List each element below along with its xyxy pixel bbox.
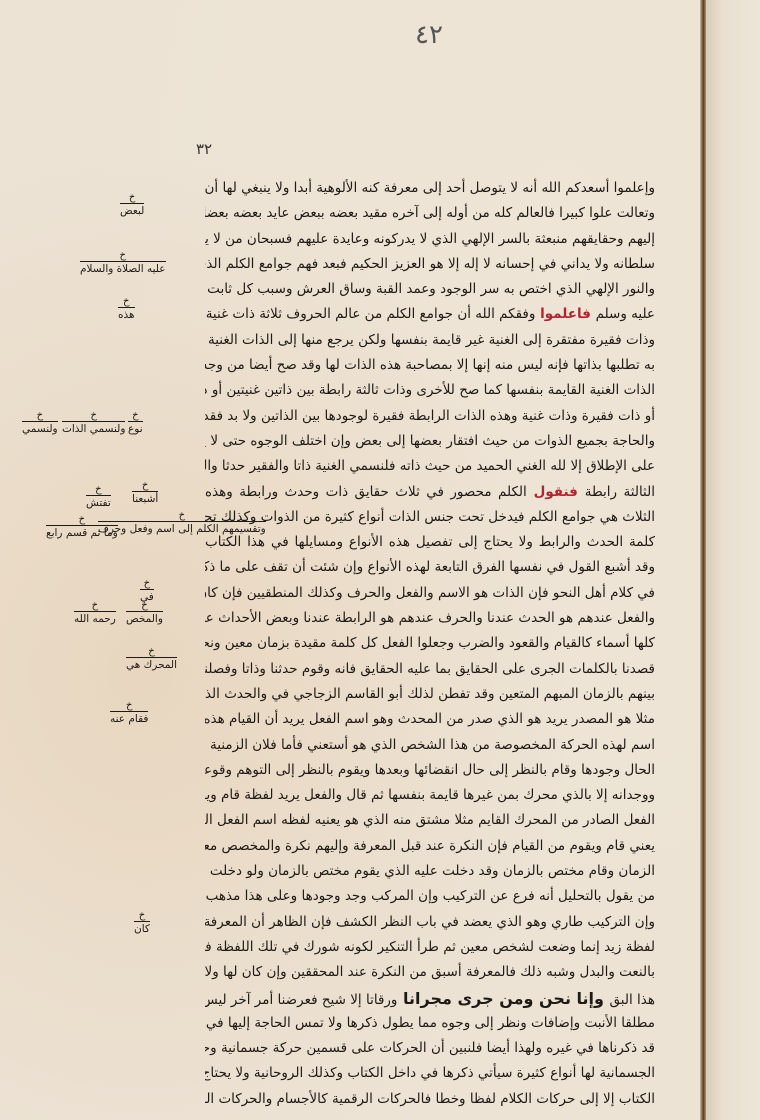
- text-line-content: به تطلبها بذاتها فإنه ليس منه إنها إلا ب…: [205, 357, 655, 373]
- margin-note-text: وتقسيمهم الكلم إلى اسم وفعل وحرف: [98, 523, 266, 535]
- margin-note-text: والمخص: [126, 613, 163, 625]
- text-line: وقد أشبع القول في نفسها الفرق التابعة له…: [205, 555, 655, 580]
- text-line: إليهم وحقايقهم منبعثة بالسر الإلهي الذي …: [205, 227, 655, 252]
- text-line-continuation: وفقكم الله أن جوامع الكلم من عالم الحروف…: [205, 306, 535, 322]
- folio-number: ٤٢: [415, 20, 443, 50]
- collation-sigla: خ: [98, 510, 266, 522]
- margin-note-text: أشبعنا: [132, 493, 158, 505]
- text-line: بالنعت والبدل وشبه ذلك فالمعرفة أسبق من …: [205, 960, 655, 985]
- text-line: سلطانه ولا يداني في إحسانه لا إله إلا هو…: [205, 252, 655, 277]
- collation-sigla: خ: [134, 910, 150, 922]
- text-line-content: من يقول بالتحليل أنه فرع عن التركيب وإن …: [205, 888, 655, 904]
- text-line: من يقول بالتحليل أنه فرع عن التركيب وإن …: [205, 884, 655, 909]
- rubric-word: فاعلموا: [535, 306, 595, 322]
- text-line-content: الذات الغنية القايمة بنفسها كما صح للأخر…: [205, 382, 655, 398]
- collation-sigla: خ: [80, 250, 166, 262]
- text-line: وذات فقيرة مفتقرة إلى الغنية غير قايمة ب…: [205, 328, 655, 353]
- text-line-content: لفظة زيد إنما وضعت لشخص معين ثم طرأ التن…: [205, 939, 655, 955]
- margin-note: خلبعض: [120, 192, 144, 218]
- margin-note: خأشبعنا: [132, 480, 158, 506]
- text-line-content: على الإطلاق إلا لله الغني الحميد من حيث …: [205, 458, 655, 474]
- text-line-content: والحاجة بجميع الذوات من حيث افتقار بعضها…: [205, 433, 655, 449]
- text-line-content: الثلاث هي جوامع الكلم فيدخل تحت جنس الذا…: [205, 509, 655, 525]
- text-line-content: في كلام أهل النحو فإن الذات هو الاسم وال…: [205, 585, 655, 601]
- collation-sigla: خ: [22, 410, 58, 422]
- margin-note-text: رحمه الله: [74, 613, 116, 625]
- margin-note: خولنسمي الذات: [62, 410, 125, 436]
- margin-note: ختفتش: [86, 484, 111, 510]
- text-line-content: الجسمانية لها أنواع كثيرة سيأتي ذكرها في…: [205, 1065, 655, 1081]
- text-line-content: كلها أسماء كالقيام والقعود والضرب وجعلوا…: [205, 635, 655, 651]
- collation-sigla: خ: [140, 578, 154, 590]
- margin-note: خفقام عنه: [110, 700, 148, 726]
- margin-note: خولنسمي: [22, 410, 58, 436]
- text-line-content: والفعل عندهم هو الحدث عندنا والحرف عندهم…: [205, 610, 655, 626]
- text-line-content: أو ذات فقيرة وذات غنية وهذه الذات الرابط…: [205, 408, 655, 424]
- text-line-content: اسم لهذه الحركة المخصوصة من هذا الشخص ال…: [205, 737, 655, 753]
- text-line: هذا البق وإنا نحن ومن جرى مجرانا ورقاتا …: [205, 986, 655, 1011]
- text-line: والنور الإلهي الذي اختص به سر الوجود وعم…: [205, 277, 655, 302]
- collation-sigla: خ: [118, 296, 135, 308]
- text-line: الثلاث هي جوامع الكلم فيدخل تحت جنس الذا…: [205, 505, 655, 530]
- margin-note: خالمحرك هي: [126, 646, 177, 672]
- text-line-content: مطلقا الأنبت وإضافات ونظر إلى وجوه مما ي…: [205, 1015, 655, 1031]
- page-mark: ٣٢: [196, 140, 212, 158]
- text-line: الجسمانية لها أنواع كثيرة سيأتي ذكرها في…: [205, 1061, 655, 1086]
- text-line: عليه وسلم فاعلموا وفقكم الله أن جوامع ال…: [205, 302, 655, 327]
- manuscript-page: ٤٢ ٣٢ وإعلموا أسعدكم الله أنه لا يتوصل أ…: [0, 0, 700, 1120]
- text-line: كلها أسماء كالقيام والقعود والضرب وجعلوا…: [205, 631, 655, 656]
- text-line: قصدنا بالكلمات الجرى على الحقايق بما علي…: [205, 657, 655, 682]
- text-line: على الإطلاق إلا لله الغني الحميد من حيث …: [205, 454, 655, 479]
- text-line: والفعل عندهم هو الحدث عندنا والحرف عندهم…: [205, 606, 655, 631]
- text-line-content: الكتاب إلا إلى حركات الكلام لفظا وخطا فا…: [205, 1091, 655, 1107]
- text-line: الذات الغنية القايمة بنفسها كما صح للأخر…: [205, 378, 655, 403]
- collation-sigla: خ: [46, 514, 118, 526]
- text-line-continuation: الكلم محصور في ثلاث حقايق ذات وحدث ورابط…: [205, 484, 527, 500]
- text-line: اسم لهذه الحركة المخصوصة من هذا الشخص ال…: [205, 733, 655, 758]
- margin-note: خرحمه الله: [74, 600, 116, 626]
- collation-sigla: خ: [86, 484, 111, 496]
- emphasized-phrase: وإنا نحن ومن جرى مجرانا: [397, 989, 609, 1008]
- text-line: والحاجة بجميع الذوات من حيث افتقار بعضها…: [205, 429, 655, 454]
- text-line-content: ووجدانه إلا بالذي محرك بمن غيرها قايمة ب…: [205, 787, 655, 803]
- text-line: لفظة زيد إنما وضعت لشخص معين ثم طرأ التن…: [205, 935, 655, 960]
- text-line: قد ذكرناها في غيره ولهذا أيضا فلنبين أن …: [205, 1036, 655, 1061]
- text-line-content: وتعالت علوا كبيرا فالعالم كله من أوله إل…: [205, 205, 655, 221]
- text-line-content: قصدنا بالكلمات الجرى على الحقايق بما علي…: [205, 661, 655, 677]
- collation-sigla: خ: [74, 600, 116, 612]
- text-line-content: وإن التركيب طاري وهو الذي يعضد في باب ال…: [205, 914, 655, 930]
- collation-sigla: خ: [120, 192, 144, 204]
- text-line: في كلام أهل النحو فإن الذات هو الاسم وال…: [205, 581, 655, 606]
- text-line-content: وقد أشبع القول في نفسها الفرق التابعة له…: [205, 559, 655, 575]
- text-line: الزمان وقام مختص بالزمان وقد دخلت عليه ا…: [205, 859, 655, 884]
- text-line: مثلا هو المصدر يريد هو الذي صدر من المحد…: [205, 707, 655, 732]
- text-line: مطلقا الأنبت وإضافات ونظر إلى وجوه مما ي…: [205, 1011, 655, 1036]
- text-line: وتعالت علوا كبيرا فالعالم كله من أوله إل…: [205, 201, 655, 226]
- margin-note: خوتقسيمهم الكلم إلى اسم وفعل وحرف: [98, 510, 266, 536]
- collation-sigla: خ: [132, 480, 158, 492]
- margin-note-text: ولنسمي الذات: [62, 423, 125, 435]
- text-line: كلمة الحدث والرابط ولا يحتاج إلى تفصيل ه…: [205, 530, 655, 555]
- margin-note: خوما ثم قسم رابع: [46, 514, 118, 540]
- text-line: أو ذات فقيرة وذات غنية وهذه الذات الرابط…: [205, 404, 655, 429]
- text-line-content: سلطانه ولا يداني في إحسانه لا إله إلا هو…: [205, 256, 655, 272]
- margin-note-text: عليه الصلاة والسلام: [80, 263, 166, 275]
- collation-sigla: خ: [128, 410, 143, 422]
- text-line: الحال وجودها وقام بالنظر إلى حال انقضائه…: [205, 758, 655, 783]
- text-line-content: وإعلموا أسعدكم الله أنه لا يتوصل أحد إلى…: [205, 180, 655, 196]
- margin-note-text: فقام عنه: [110, 713, 148, 725]
- main-text-block: وإعلموا أسعدكم الله أنه لا يتوصل أحد إلى…: [205, 176, 655, 1112]
- text-line-content: الثالثة رابطة: [585, 484, 655, 500]
- text-line-content: الفعل الصادر من المحرك القايم مثلا مشتق …: [205, 812, 655, 828]
- text-line: به تطلبها بذاتها فإنه ليس منه إنها إلا ب…: [205, 353, 655, 378]
- text-line: وإن التركيب طاري وهو الذي يعضد في باب ال…: [205, 910, 655, 935]
- text-line-content: إليهم وحقايقهم منبعثة بالسر الإلهي الذي …: [205, 231, 655, 247]
- margin-note-text: هذه: [118, 309, 135, 321]
- margin-note: خكان: [134, 910, 150, 936]
- text-line-content: يعني قام ويقوم من القيام فإن النكرة عند …: [205, 838, 655, 854]
- margin-note-text: المحرك هي: [126, 659, 177, 671]
- rubric-word: فنقول: [527, 484, 585, 500]
- text-line-content: عليه وسلم: [596, 306, 655, 322]
- margin-note: خنوع: [128, 410, 143, 436]
- collation-sigla: خ: [110, 700, 148, 712]
- text-line-content: بينهم بالزمان المبهم المتعين وقد تفطن لذ…: [205, 686, 655, 702]
- text-line-content: الزمان وقام مختص بالزمان وقد دخلت عليه ا…: [205, 863, 655, 879]
- text-line-content: هذا البق: [610, 992, 655, 1008]
- text-line-content: بالنعت والبدل وشبه ذلك فالمعرفة أسبق من …: [205, 964, 655, 980]
- text-line-content: وذات فقيرة مفتقرة إلى الغنية غير قايمة ب…: [205, 332, 655, 348]
- text-line-content: مثلا هو المصدر يريد هو الذي صدر من المحد…: [205, 711, 655, 727]
- margin-note-text: وما ثم قسم رابع: [46, 527, 118, 539]
- text-line-content: والنور الإلهي الذي اختص به سر الوجود وعم…: [205, 281, 655, 297]
- facing-page-edge: [706, 0, 760, 1120]
- text-line: الثالثة رابطة فنقول الكلم محصور في ثلاث …: [205, 480, 655, 505]
- text-line: الفعل الصادر من المحرك القايم مثلا مشتق …: [205, 808, 655, 833]
- text-line-continuation: ورقاتا إلا شيح فعرضنا أمر آخر ليس هو قول…: [205, 992, 397, 1008]
- text-line-content: كلمة الحدث والرابط ولا يحتاج إلى تفصيل ه…: [205, 534, 655, 550]
- margin-note: خهذه: [118, 296, 135, 322]
- text-line: الكتاب إلا إلى حركات الكلام لفظا وخطا فا…: [205, 1087, 655, 1112]
- margin-note-text: تفتش: [86, 497, 111, 509]
- margin-note: خعليه الصلاة والسلام: [80, 250, 166, 276]
- margin-note-text: ولنسمي: [22, 423, 58, 435]
- text-line: ووجدانه إلا بالذي محرك بمن غيرها قايمة ب…: [205, 783, 655, 808]
- margin-note-text: كان: [134, 923, 150, 935]
- collation-sigla: خ: [126, 646, 177, 658]
- margin-note-text: لبعض: [120, 205, 144, 217]
- collation-sigla: خ: [62, 410, 125, 422]
- margin-note-text: نوع: [128, 423, 143, 435]
- collation-sigla: خ: [126, 600, 163, 612]
- text-line: بينهم بالزمان المبهم المتعين وقد تفطن لذ…: [205, 682, 655, 707]
- text-line-content: الحال وجودها وقام بالنظر إلى حال انقضائه…: [205, 762, 655, 778]
- margin-note: خوالمخص: [126, 600, 163, 626]
- text-line: وإعلموا أسعدكم الله أنه لا يتوصل أحد إلى…: [205, 176, 655, 201]
- text-line: يعني قام ويقوم من القيام فإن النكرة عند …: [205, 834, 655, 859]
- text-line-content: قد ذكرناها في غيره ولهذا أيضا فلنبين أن …: [205, 1040, 655, 1056]
